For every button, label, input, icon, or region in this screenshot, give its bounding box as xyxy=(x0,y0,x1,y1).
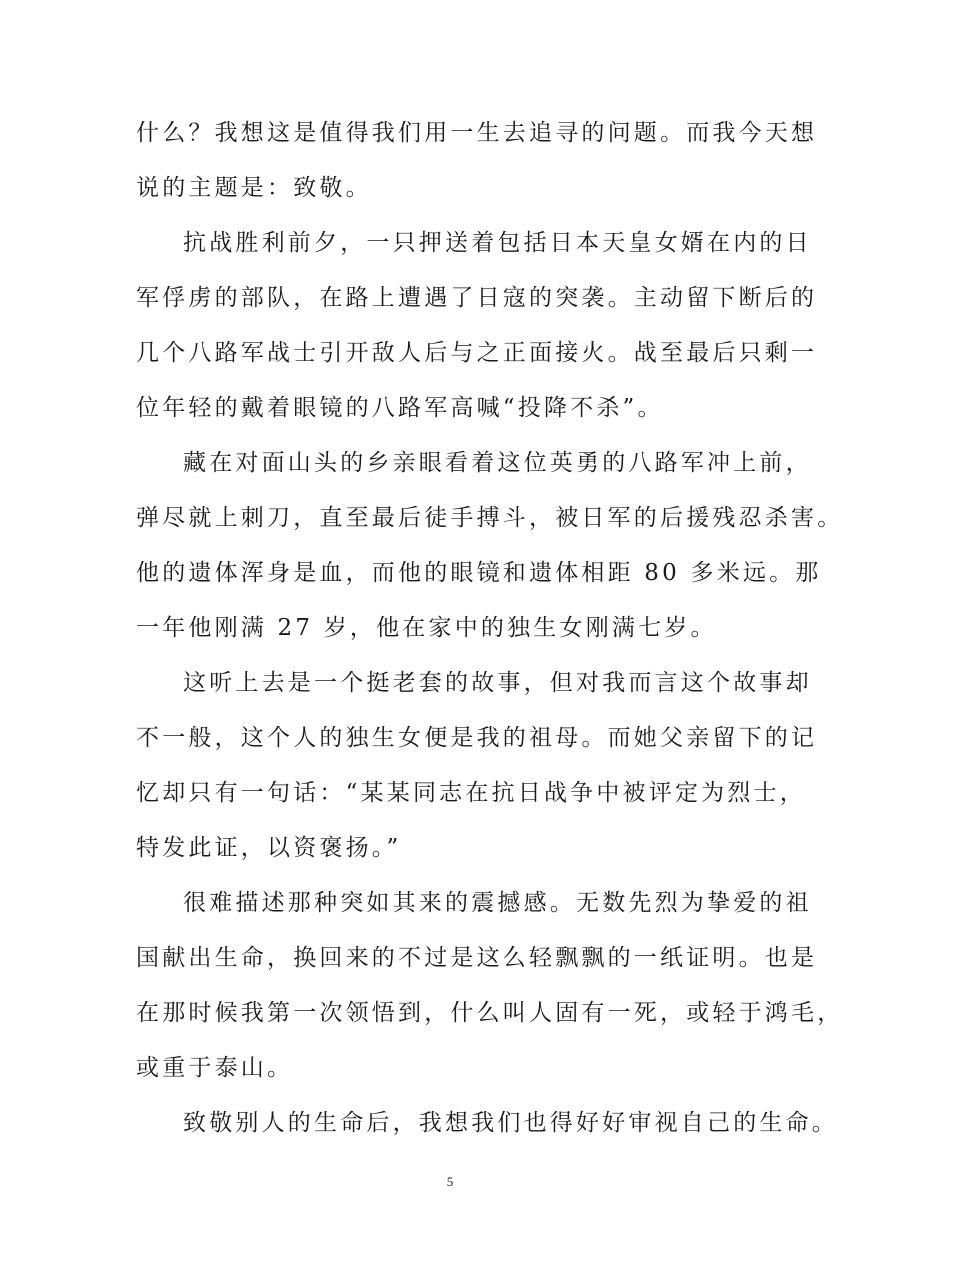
text-line: 他的遗体浑身是血，而他的眼镜和遗体相距 80 多米远。那 xyxy=(136,558,796,588)
text-line: 国献出生命，换回来的不过是这么轻飘飘的一纸证明。也是 xyxy=(136,943,796,973)
text-line: 忆却只有一句话：“某某同志在抗日战争中被评定为烈士， xyxy=(136,778,796,808)
text-line: 在那时候我第一次领悟到，什么叫人固有一死，或轻于鸿毛， xyxy=(136,998,796,1028)
text-line: 特发此证，以资褒扬。” xyxy=(136,833,796,863)
text-line: 说的主题是：致敬。 xyxy=(136,173,796,203)
text-line: 军俘虏的部队，在路上遭遇了日寇的突袭。主动留下断后的 xyxy=(136,283,796,313)
document-page: 什么？我想这是值得我们用一生去追寻的问题。而我今天想 说的主题是：致敬。 抗战胜… xyxy=(0,0,974,1282)
text-line: 一年他刚满 27 岁，他在家中的独生女刚满七岁。 xyxy=(136,613,796,643)
page-number: 5 xyxy=(0,1174,900,1190)
paragraph-start-line: 这听上去是一个挺老套的故事，但对我而言这个故事却 xyxy=(183,668,843,698)
text-line: 弹尽就上刺刀，直至最后徒手搏斗，被日军的后援残忍杀害。 xyxy=(136,503,796,533)
text-line: 不一般，这个人的独生女便是我的祖母。而她父亲留下的记 xyxy=(136,723,796,753)
text-line: 或重于泰山。 xyxy=(136,1053,796,1083)
paragraph-start-line: 抗战胜利前夕，一只押送着包括日本天皇女婿在内的日 xyxy=(183,228,843,258)
text-line: 几个八路军战士引开敌人后与之正面接火。战至最后只剩一 xyxy=(136,338,796,368)
text-line: 位年轻的戴着眼镜的八路军高喊“投降不杀”。 xyxy=(136,393,796,423)
text-line: 什么？我想这是值得我们用一生去追寻的问题。而我今天想 xyxy=(136,118,796,148)
paragraph-start-line: 藏在对面山头的乡亲眼看着这位英勇的八路军冲上前， xyxy=(183,448,843,478)
paragraph-start-line: 很难描述那种突如其来的震撼感。无数先烈为挚爱的祖 xyxy=(183,888,843,918)
paragraph-start-line: 致敬别人的生命后，我想我们也得好好审视自己的生命。 xyxy=(183,1108,843,1138)
